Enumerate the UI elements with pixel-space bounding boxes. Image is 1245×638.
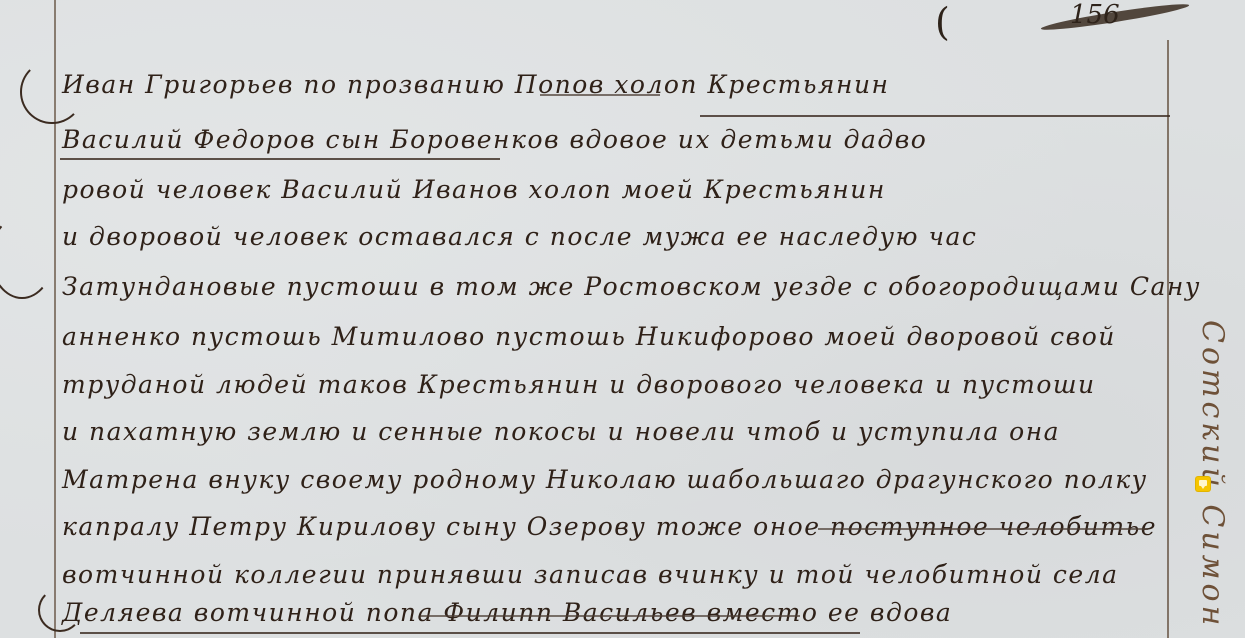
manuscript-line-7: труданой людей таков Крестьянин и дворов… — [62, 370, 1096, 399]
manuscript-line-9: Матрена внуку своему родному Николаю шаб… — [62, 465, 1148, 494]
margin-note: Сотский Симон — [1195, 320, 1230, 629]
manuscript-page: ( 156 Иван Григорьев по прозванию Попов … — [0, 0, 1245, 638]
strike-10 — [818, 528, 1148, 530]
manuscript-line-6: анненко пустошь Митилово пустошь Никифор… — [62, 322, 1116, 351]
comment-icon[interactable] — [1196, 477, 1210, 491]
manuscript-line-5: Затундановые пустоши в том же Ростовском… — [62, 272, 1201, 301]
manuscript-line-3: ровой человек Василий Иванов холоп моей … — [62, 175, 886, 204]
manuscript-line-2: Василий Федоров сын Боровенков вдовое их… — [62, 125, 927, 154]
underline-1 — [700, 115, 1170, 117]
line-flourish — [0, 215, 54, 299]
bracket-mark: ( — [935, 0, 950, 44]
manuscript-line-11: вотчинной коллегии принявши записав вчин… — [62, 560, 1119, 589]
strike-1 — [540, 94, 660, 96]
right-margin-rule — [1167, 40, 1169, 638]
manuscript-line-10: капралу Петру Кирилову сыну Озерову тоже… — [62, 512, 1157, 541]
strike-12 — [420, 615, 800, 617]
page-number: 156 — [1070, 0, 1120, 30]
underline-12 — [80, 632, 860, 634]
manuscript-line-4: и дворовой человек оставался с после муж… — [62, 222, 977, 251]
manuscript-line-12: Деляева вотчинной попа Филипп Васильев в… — [62, 598, 952, 627]
underline-2 — [60, 158, 500, 160]
manuscript-line-8: и пахатную землю и сенные покосы и новел… — [62, 417, 1060, 446]
manuscript-line-1: Иван Григорьев по прозванию Попов холоп … — [62, 70, 890, 99]
